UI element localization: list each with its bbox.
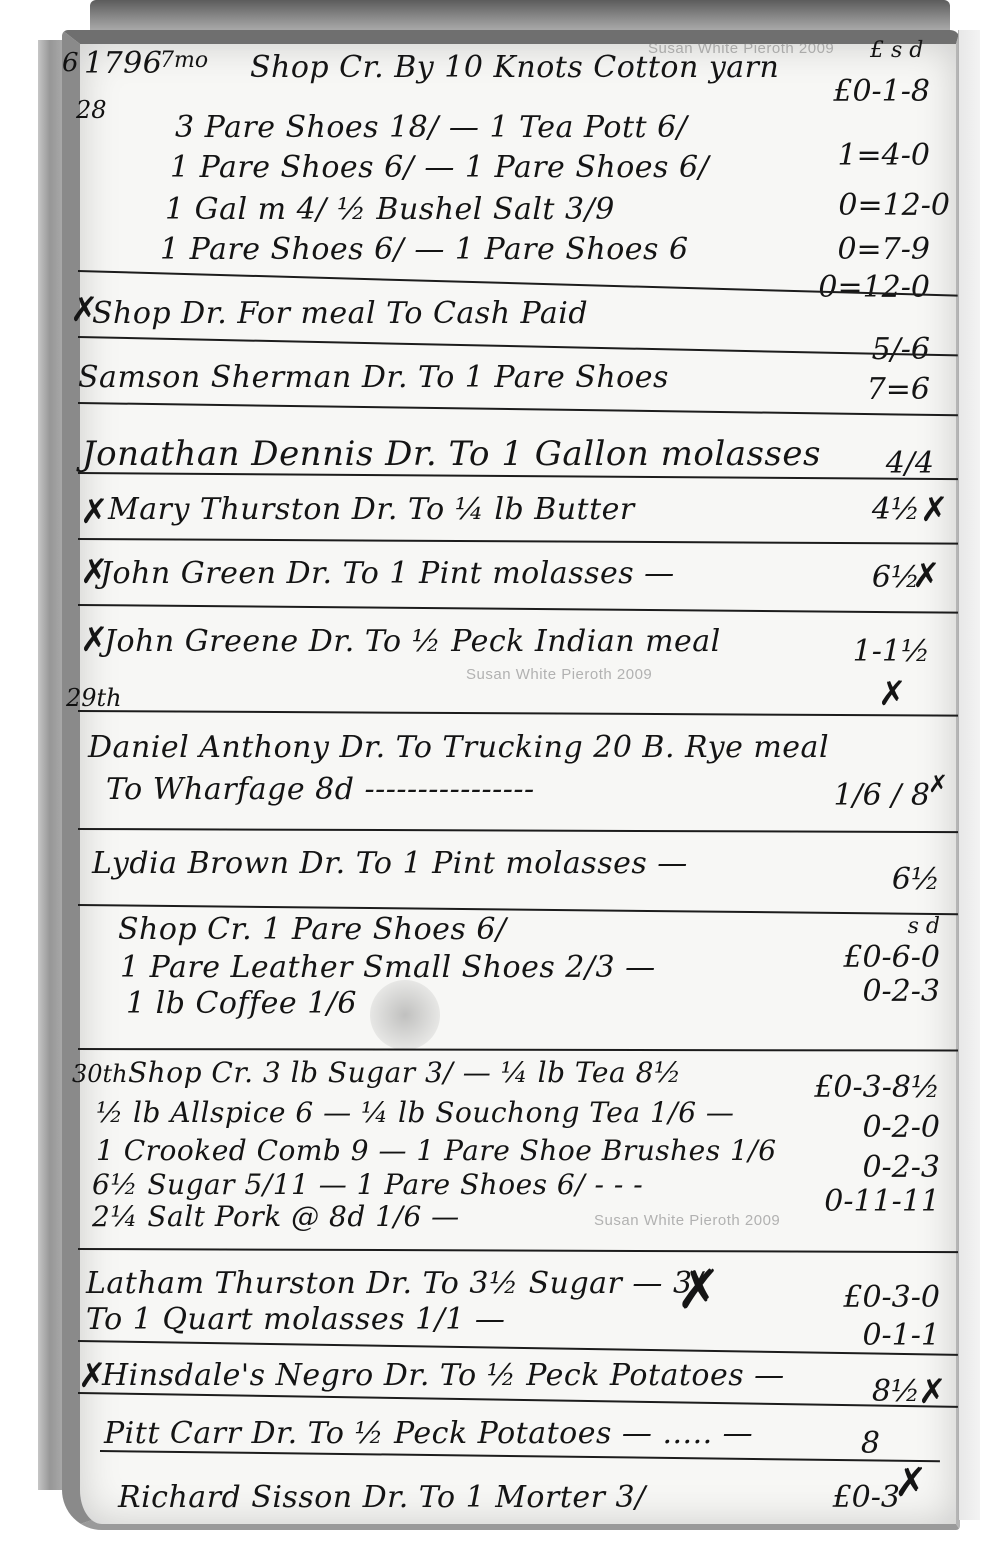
entry-line: 2¼ Salt Pork @ 8d 1/6 — [92,1200,460,1233]
entry-line: Shop Cr. 1 Pare Shoes 6/ [118,912,507,947]
checkmark-x-icon: ✗ [80,492,109,532]
entry-line: Shop Cr. 3 lb Sugar 3/ — ¼ lb Tea 8½ [128,1056,682,1089]
checkmark-x-icon: ✗ [894,1460,928,1506]
entry-amount: 8 [861,1426,880,1461]
entry-amount: 5/-6 [872,332,930,367]
checkmark-x-icon: ✗ [676,1258,721,1321]
entry-line: 6½ Sugar 5/11 — 1 Pare Shoes 6/ - - - [92,1168,643,1201]
entry-line: 1 lb Coffee 1/6 [126,986,357,1021]
currency-heading: £ s d [870,38,923,63]
header-month: 7mo [160,48,208,73]
header-day: 28 [76,96,107,124]
page-mark: 6 [62,48,79,78]
entry-amount: 0-1-1 [862,1318,940,1353]
entry-line: To Wharfage 8d ---------------- [106,772,535,807]
entry-amount: 0-2-3 [862,974,940,1009]
entry-line: 1 Gal m 4/ ½ Bushel Salt 3/9 [165,192,615,227]
entry-line: John Greene Dr. To ½ Peck Indian meal [104,624,721,659]
entry-amount: 4/4 [886,446,934,481]
entry-amount: 6½ [892,862,940,897]
entry-amount: 4½ [872,492,920,527]
entry-amount: £0-3 [833,1480,900,1515]
entry-amount: £0-3-8½ [814,1070,940,1105]
entry-amount: 1=4-0 [837,138,930,173]
checkmark-x-icon: ✗ [920,490,949,530]
entry-line: 3 Pare Shoes 18/ — 1 Tea Pott 6/ [175,110,687,145]
entry-amount: 0=12-0 [838,188,950,223]
entry-amount: 1-1½ [853,634,930,669]
entry-amount: 7=6 [867,372,930,407]
entry-line: Samson Sherman Dr. To 1 Pare Shoes [78,360,669,395]
entry-line: 1 Crooked Comb 9 — 1 Pare Shoe Brushes 1… [96,1134,777,1167]
entry-amount: 0-2-3 [862,1150,940,1185]
entry-line: Shop Cr. By 10 Knots Cotton yarn [250,50,779,85]
entry-amount: 0=7-9 [837,232,930,267]
entry-line: Richard Sisson Dr. To 1 Morter 3/ [118,1480,646,1515]
entry-line: Pitt Carr Dr. To ½ Peck Potatoes — .....… [104,1416,753,1451]
entry-line: ½ lb Allspice 6 — ¼ lb Souchong Tea 1/6 … [96,1096,734,1129]
entry-line: Lydia Brown Dr. To 1 Pint molasses — [92,846,688,881]
entry-line: Latham Thurston Dr. To 3½ Sugar — 3/ [86,1266,703,1301]
entry-date: 30th [72,1060,128,1088]
entry-amount: 1/6 / 8 [833,778,930,813]
entry-line: Daniel Anthony Dr. To Trucking 20 B. Rye… [88,730,829,765]
entry-date: 29th [66,684,122,712]
header-year: 1796 [84,46,162,81]
entry-line: John Green Dr. To 1 Pint molasses — [100,556,675,591]
entry-amount: s d [908,914,940,939]
checkmark-x-icon: ✗ [912,556,941,596]
entry-line: Jonathan Dennis Dr. To 1 Gallon molasses [82,434,821,474]
entry-line: To 1 Quart molasses 1/1 — [86,1302,505,1337]
entry-amount: £0-6-0 [843,940,940,975]
entry-line: Hinsdale's Negro Dr. To ½ Peck Potatoes … [102,1358,785,1393]
entry-amount: £0-3-0 [843,1280,940,1315]
checkmark-x-icon: ✗ [928,770,948,798]
entry-line: Shop Dr. For meal To Cash Paid [92,296,588,331]
watermark: Susan White Pieroth 2009 [594,1212,780,1229]
page-right-edge [958,30,980,1520]
entry-line: 1 Pare Shoes 6/ — 1 Pare Shoes 6/ [170,150,709,185]
entry-amount: £0-1-8 [833,74,930,109]
watermark: Susan White Pieroth 2009 [466,666,652,683]
entry-line: 1 Pare Leather Small Shoes 2/3 — [120,950,656,985]
entry-amount: 0=12-0 [818,270,930,305]
ink-smudge [370,980,440,1050]
entry-amount: 0-11-11 [824,1184,940,1219]
entry-line: 1 Pare Shoes 6/ — 1 Pare Shoes 6 [160,232,689,267]
entry-line: Mary Thurston Dr. To ¼ lb Butter [108,492,635,527]
entry-amount: 0-2-0 [862,1110,940,1145]
checkmark-x-icon: ✗ [878,674,907,714]
